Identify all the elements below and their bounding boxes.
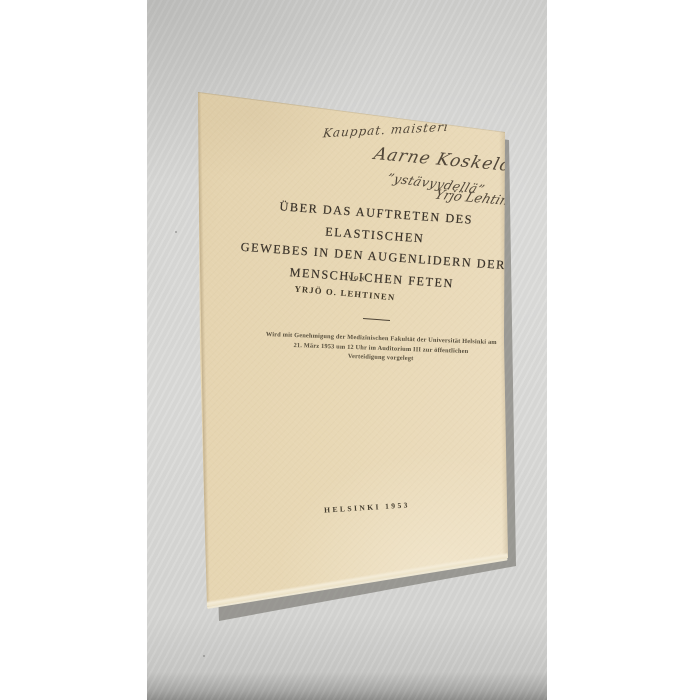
- cover-left-edge: [197, 92, 210, 610]
- dust-speck: [175, 231, 177, 233]
- photograph-background: Kauppat. maisteri Aarne Koskelo ”ystävyy…: [147, 0, 547, 700]
- cover-bottom-edge: [205, 552, 508, 607]
- faculty-notice: Wird mit Genehmigung der Medizinischen F…: [245, 329, 518, 367]
- dust-speck: [203, 655, 205, 657]
- imprint-helsinki-1953: HELSINKI 1953: [297, 499, 437, 517]
- separator-rule: [363, 318, 390, 321]
- product-photo-page: Kauppat. maisteri Aarne Koskelo ”ystävyy…: [0, 0, 700, 700]
- handwritten-dedication-line-1: Kauppat. maisteri: [322, 120, 449, 141]
